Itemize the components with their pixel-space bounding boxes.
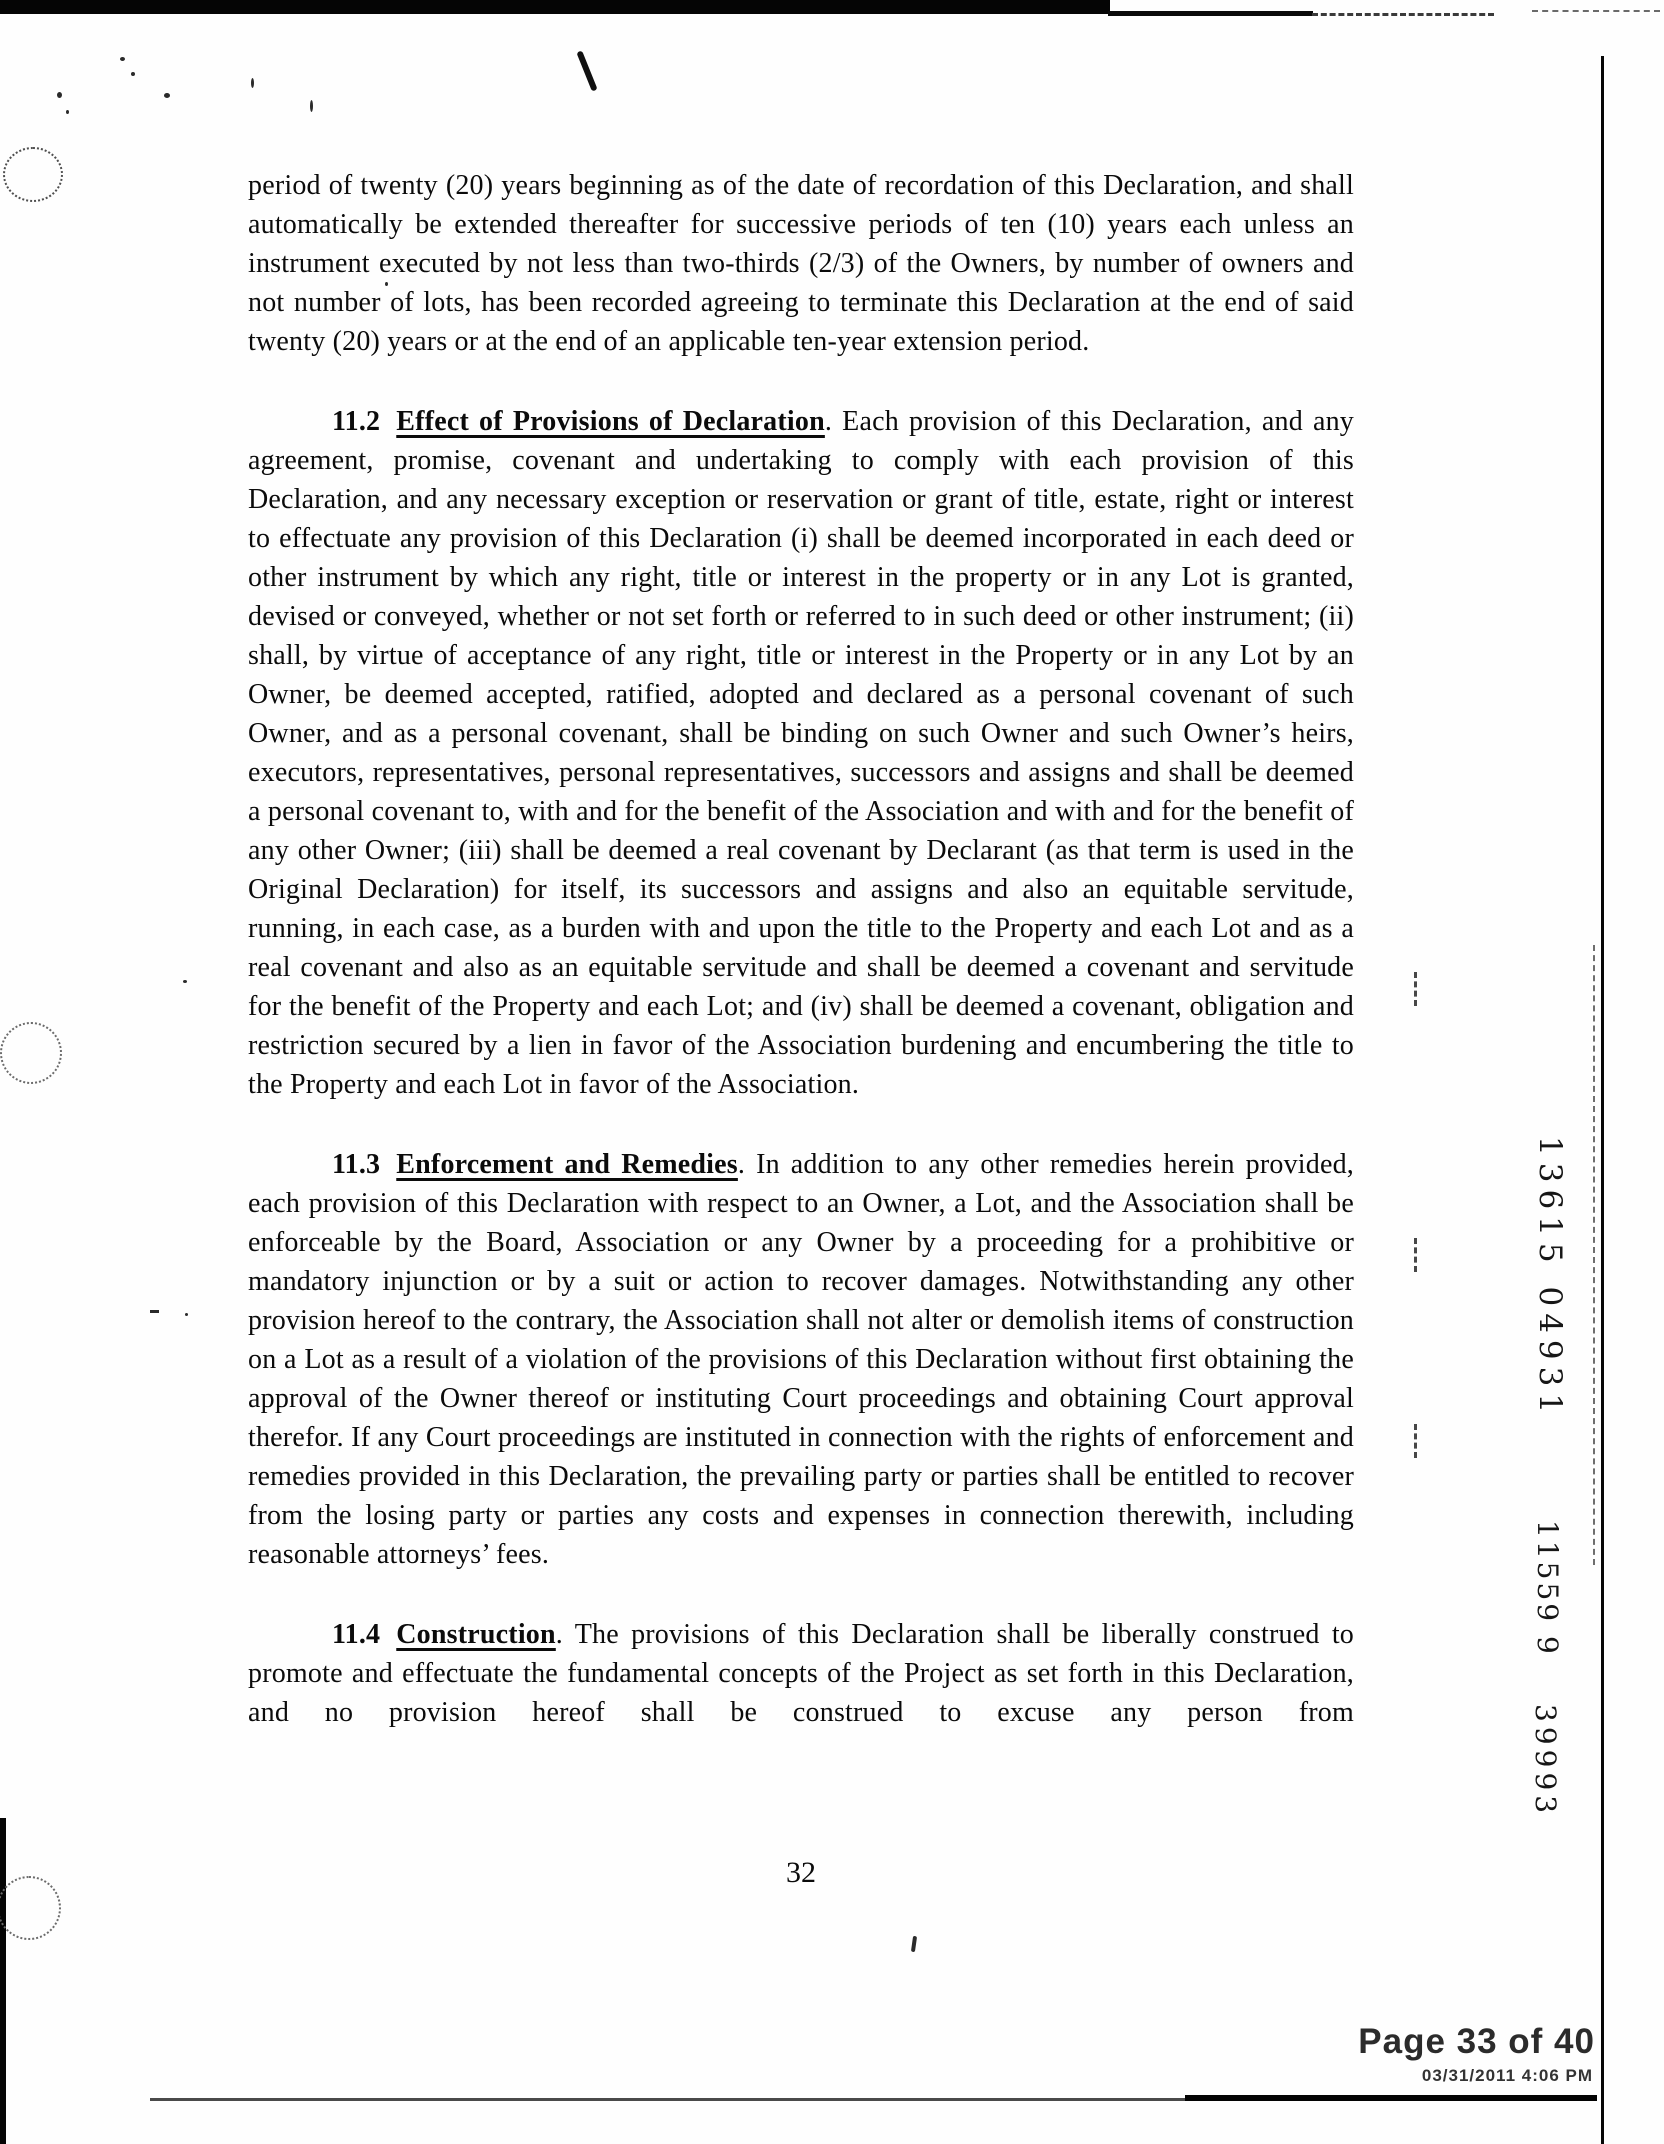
scan-edge-bar-thin	[1108, 11, 1313, 16]
section-heading: Enforcement and Remedies	[396, 1149, 738, 1180]
section-number: 11.2	[332, 406, 396, 437]
section-heading: Effect of Provisions of Declaration	[396, 406, 825, 437]
footer-rule	[150, 2098, 1190, 2101]
scan-margin-dash	[1414, 972, 1417, 1006]
hole-punch-mark	[3, 147, 63, 202]
scan-right-edge-line	[1601, 56, 1604, 2144]
section-11-4: 11.4Construction. The provisions of this…	[248, 1615, 1354, 1732]
scan-edge-dashes	[1312, 13, 1494, 16]
scan-speckle	[120, 57, 125, 61]
scan-edge-dashes	[1532, 10, 1660, 12]
section-11-3: 11.3Enforcement and Remedies. In additio…	[248, 1145, 1354, 1574]
scan-speckle	[251, 78, 254, 88]
pen-mark	[576, 50, 597, 91]
scan-speckle	[911, 1936, 917, 1952]
paragraph-continuation: period of twenty (20) years beginning as…	[248, 166, 1354, 361]
scan-left-edge-bar	[0, 1818, 6, 2144]
scan-margin-dash	[1414, 1424, 1417, 1458]
page-number: 32	[248, 1856, 1354, 1890]
hole-punch-mark	[0, 1022, 62, 1084]
footer-page-label: Page 33 of 40	[1170, 2022, 1595, 2062]
scan-right-dashed-line	[1593, 945, 1595, 1565]
scan-speckle	[66, 110, 69, 114]
section-11-2: 11.2Effect of Provisions of Declaration.…	[248, 402, 1354, 1104]
scan-speckle	[57, 92, 62, 98]
scan-margin-dash	[1414, 1238, 1417, 1272]
scan-speckle	[150, 1310, 159, 1313]
margin-stamp: 11559 9	[1531, 1520, 1564, 1657]
scan-speckle	[183, 980, 187, 983]
section-text: . Each provision of this Declaration, an…	[248, 406, 1354, 1100]
section-heading: Construction	[396, 1619, 556, 1650]
margin-stamp: 13615 04931	[1532, 1136, 1568, 1420]
margin-stamp: 39993	[1529, 1704, 1562, 1818]
hole-punch-mark	[0, 1876, 61, 1940]
document-body: period of twenty (20) years beginning as…	[248, 166, 1354, 1773]
scan-speckle	[164, 93, 170, 98]
scan-speckle	[131, 72, 135, 76]
section-number: 11.4	[332, 1619, 396, 1650]
scan-edge-bar	[0, 0, 1110, 14]
footer-timestamp: 03/31/2011 4:06 PM	[1170, 2066, 1593, 2086]
footer-rule	[1185, 2095, 1597, 2101]
section-text: . In addition to any other remedies here…	[248, 1149, 1354, 1570]
scan-speckle	[185, 1313, 188, 1316]
scanned-page: period of twenty (20) years beginning as…	[0, 0, 1664, 2144]
section-number: 11.3	[332, 1149, 396, 1180]
scan-speckle	[310, 100, 313, 112]
